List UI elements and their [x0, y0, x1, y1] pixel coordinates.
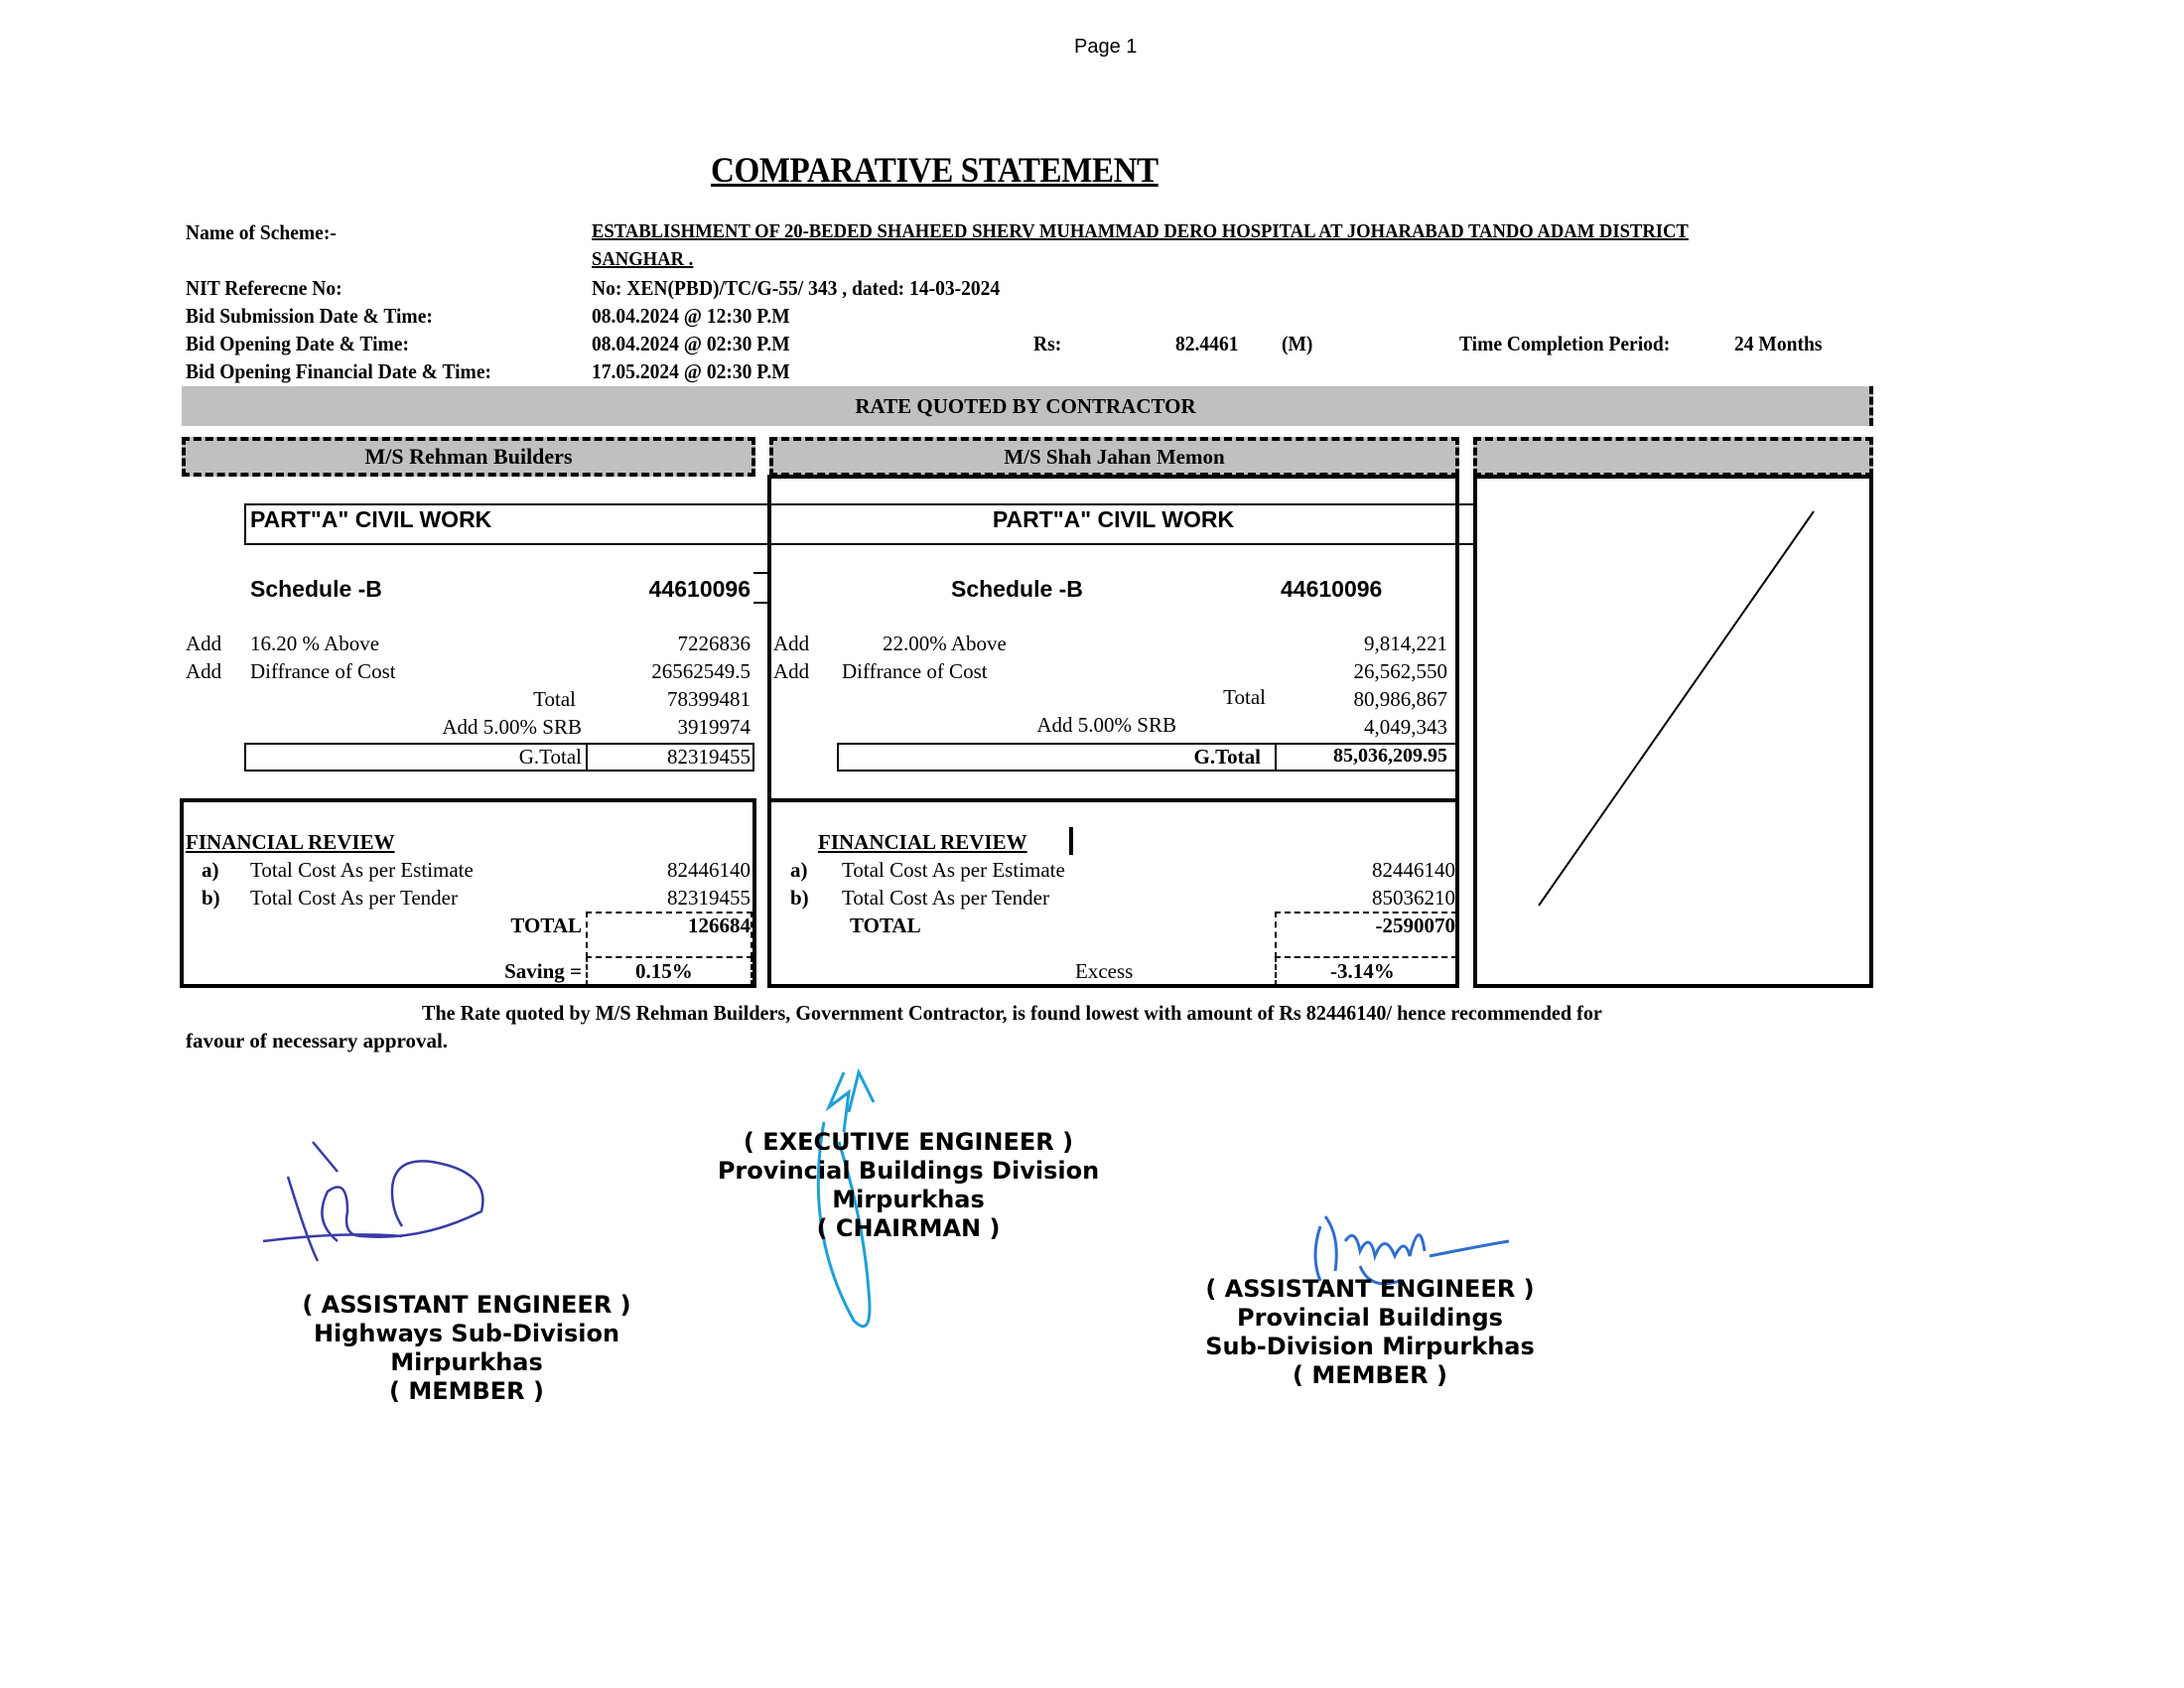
schedule-b-value-1: 44610096 — [596, 576, 751, 603]
contractor-3-header — [1473, 437, 1873, 477]
signatory-left: ( ASSISTANT ENGINEER ) Highways Sub-Divi… — [268, 1291, 665, 1406]
fr-marker: a) — [790, 858, 808, 883]
fr-total-value-2: -2590070 — [1241, 914, 1455, 938]
fr-estimate-value-1: 82446140 — [556, 858, 751, 883]
bid-opening-label: Bid Opening Date & Time: — [186, 332, 409, 356]
fr-excess-label: Excess — [1075, 959, 1133, 984]
nit-label: NIT Referecne No: — [186, 276, 342, 301]
gtotal-label-2: G.Total — [1072, 745, 1261, 770]
scheme-label: Name of Scheme:- — [186, 220, 337, 245]
signatory-center-city: Mirpurkhas — [685, 1186, 1132, 1214]
srb-value-2: 4,049,343 — [1241, 715, 1447, 740]
fr-total-label-1: TOTAL — [397, 914, 582, 938]
row-prefix: Add — [773, 632, 809, 656]
tick-mark — [753, 602, 767, 604]
nit-value: No: XEN(PBD)/TC/G-55/ 343 , dated: 14-03… — [592, 276, 1000, 301]
signatory-left-office: Highways Sub-Division — [268, 1320, 665, 1348]
gtotal-value-2: 85,036,209.95 — [1241, 745, 1447, 768]
signatory-right-office: Provincial Buildings — [1171, 1304, 1569, 1333]
fr-tender-value-1: 82319455 — [556, 886, 751, 911]
rs-unit: (M) — [1282, 332, 1312, 356]
fr-estimate-label-1: Total Cost As per Estimate — [250, 858, 474, 883]
strike-line — [1477, 479, 1869, 984]
signatory-left-title: ( ASSISTANT ENGINEER ) — [268, 1291, 665, 1320]
total-value-2: 80,986,867 — [1241, 687, 1447, 712]
part-a-label-1: PART"A" CIVIL WORK — [250, 506, 491, 533]
signatory-right-role: ( MEMBER ) — [1171, 1361, 1569, 1390]
fr-total-value-1: 126684 — [556, 914, 751, 938]
rate-quoted-label: RATE QUOTED BY CONTRACTOR — [182, 386, 1869, 426]
bid-financial-value: 17.05.2024 @ 02:30 P.M — [592, 359, 790, 384]
bid-submission-label: Bid Submission Date & Time: — [186, 304, 433, 329]
signature-left-icon — [253, 1132, 491, 1271]
row-value: 7226836 — [556, 632, 751, 656]
fr-tender-value-2: 85036210 — [1241, 886, 1455, 911]
bid-financial-label: Bid Opening Financial Date & Time: — [186, 359, 491, 384]
srb-label-1: Add 5.00% SRB — [377, 715, 582, 740]
row-prefix: Add — [186, 659, 221, 684]
completion-label: Time Completion Period: — [1459, 332, 1670, 356]
total-label-2: Total — [1072, 685, 1266, 710]
financial-review-heading-2: FINANCIAL REVIEW — [818, 830, 1027, 855]
gtotal-label-1: G.Total — [377, 745, 582, 770]
gtotal-value-1: 82319455 — [556, 745, 751, 770]
signatory-center: ( EXECUTIVE ENGINEER ) Provincial Buildi… — [685, 1128, 1132, 1243]
tick-mark — [753, 572, 767, 574]
recommendation-line2: favour of necessary approval. — [186, 1029, 448, 1054]
row-value: 26,562,550 — [1241, 659, 1447, 684]
fr-total-label-2: TOTAL — [850, 914, 921, 938]
fr-marker: b) — [790, 886, 809, 911]
document-title: COMPARATIVE STATEMENT — [711, 149, 1159, 191]
fr-saving-value: 0.15% — [635, 959, 693, 984]
cursor-mark — [1069, 827, 1073, 855]
row-label: 22.00% Above — [883, 632, 1007, 656]
contractor-1-header: M/S Rehman Builders — [182, 437, 755, 477]
row-prefix: Add — [186, 632, 221, 656]
completion-value: 24 Months — [1734, 332, 1822, 356]
bid-submission-value: 08.04.2024 @ 12:30 P.M — [592, 304, 790, 329]
row-value: 26562549.5 — [556, 659, 751, 684]
fr-excess-value: -3.14% — [1330, 959, 1395, 984]
signatory-center-role: ( CHAIRMAN ) — [685, 1214, 1132, 1243]
signatory-left-city: Mirpurkhas — [268, 1348, 665, 1377]
rate-quoted-bar: RATE QUOTED BY CONTRACTOR — [182, 386, 1873, 426]
rs-value: 82.4461 — [1175, 332, 1238, 356]
contractor-3-empty-box — [1473, 475, 1873, 988]
total-label-1: Total — [377, 687, 576, 712]
row-value: 9,814,221 — [1241, 632, 1447, 656]
part-a-label-2: PART"A" CIVIL WORK — [771, 506, 1455, 533]
column-top-rule — [769, 475, 1459, 479]
fr-estimate-value-2: 82446140 — [1241, 858, 1455, 883]
srb-label-2: Add 5.00% SRB — [978, 713, 1176, 738]
total-value-1: 78399481 — [556, 687, 751, 712]
signatory-right-title: ( ASSISTANT ENGINEER ) — [1171, 1275, 1569, 1304]
schedule-b-label-1: Schedule -B — [250, 576, 382, 603]
schedule-b-label-2: Schedule -B — [951, 576, 1083, 603]
fr-marker: b) — [202, 886, 220, 911]
schedule-b-value-2: 44610096 — [1281, 576, 1382, 603]
signatory-left-role: ( MEMBER ) — [268, 1377, 665, 1406]
scheme-line1: ESTABLISHMENT OF 20-BEDED SHAHEED SHERV … — [592, 220, 1689, 243]
contractor-2-header: M/S Shah Jahan Memon — [769, 437, 1459, 477]
row-label: Diffrance of Cost — [250, 659, 396, 684]
signatory-right-city: Sub-Division Mirpurkhas — [1171, 1333, 1569, 1361]
recommendation-line1: The Rate quoted by M/S Rehman Builders, … — [422, 1001, 1602, 1026]
bid-opening-value: 08.04.2024 @ 02:30 P.M — [592, 332, 790, 356]
fr-tender-label-2: Total Cost As per Tender — [842, 886, 1049, 911]
fr-marker: a) — [202, 858, 219, 883]
financial-review-heading-1: FINANCIAL REVIEW — [186, 830, 395, 855]
fr-saving-label: Saving = — [397, 959, 582, 984]
page-number: Page 1 — [1074, 36, 1137, 59]
row-label: 16.20 % Above — [250, 632, 379, 656]
row-label: Diffrance of Cost — [842, 659, 988, 684]
fr-estimate-label-2: Total Cost As per Estimate — [842, 858, 1065, 883]
srb-value-1: 3919974 — [556, 715, 751, 740]
row-prefix: Add — [773, 659, 809, 684]
signatory-center-office: Provincial Buildings Division — [685, 1157, 1132, 1186]
rs-label: Rs: — [1033, 332, 1061, 356]
scheme-line2: SANGHAR . — [592, 248, 693, 271]
signatory-center-title: ( EXECUTIVE ENGINEER ) — [685, 1128, 1132, 1157]
fr-tender-label-1: Total Cost As per Tender — [250, 886, 458, 911]
signatory-right: ( ASSISTANT ENGINEER ) Provincial Buildi… — [1171, 1275, 1569, 1390]
